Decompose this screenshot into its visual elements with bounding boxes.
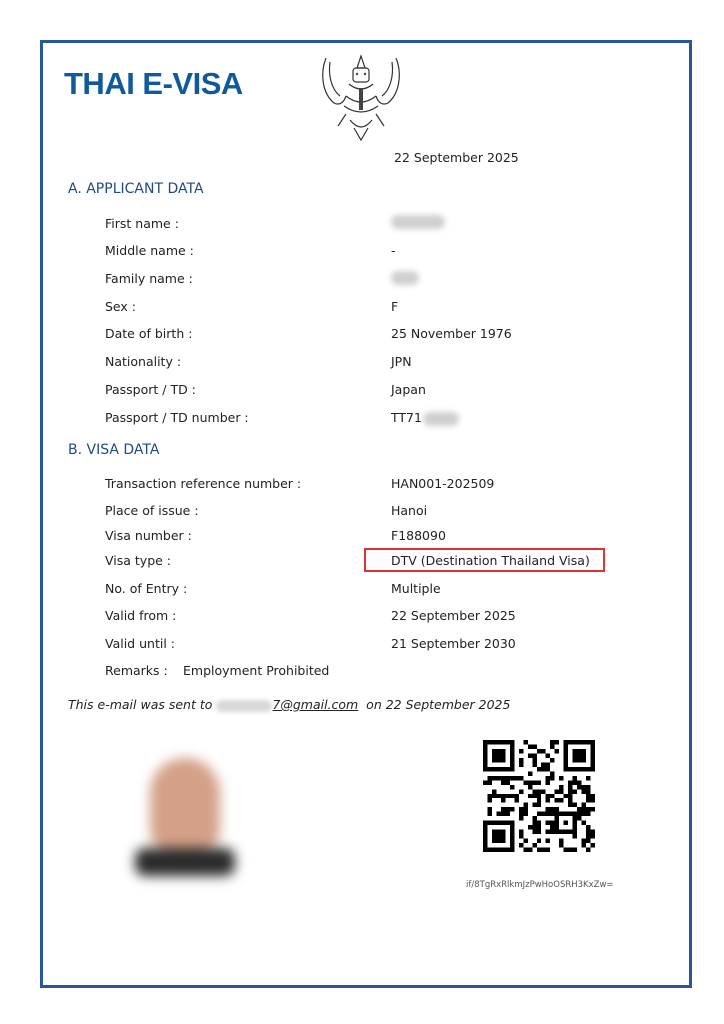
field-label-place-of-issue: Place of issue : bbox=[105, 503, 199, 518]
field-value-transaction-ref: HAN001-202509 bbox=[391, 476, 494, 491]
field-value-first-name bbox=[391, 213, 445, 229]
field-label-middle-name: Middle name : bbox=[105, 243, 194, 258]
field-value-visa-type: DTV (Destination Thailand Visa) bbox=[391, 553, 590, 568]
field-label-passport-number: Passport / TD number : bbox=[105, 410, 249, 425]
email-address-visible: 7@gmail.com bbox=[272, 697, 358, 712]
photo-body-blurred bbox=[135, 848, 235, 876]
redacted-family-name bbox=[391, 271, 419, 285]
field-value-passport-number: TT71 bbox=[391, 410, 459, 426]
email-notice-prefix: This e-mail was sent to bbox=[68, 697, 216, 712]
passport-number-prefix: TT71 bbox=[391, 410, 422, 425]
redacted-first-name bbox=[391, 215, 445, 229]
field-label-nationality: Nationality : bbox=[105, 354, 181, 369]
field-value-nationality: JPN bbox=[391, 354, 412, 369]
field-value-visa-number: F188090 bbox=[391, 528, 446, 543]
field-value-family-name bbox=[391, 269, 419, 285]
garuda-emblem-icon bbox=[316, 48, 406, 143]
applicant-data-heading: A. APPLICANT DATA bbox=[68, 181, 204, 197]
remarks-label: Remarks : bbox=[105, 663, 168, 678]
field-label-passport-td: Passport / TD : bbox=[105, 382, 196, 397]
field-value-date-of-birth: 25 November 1976 bbox=[391, 326, 512, 341]
field-value-entries: Multiple bbox=[391, 581, 441, 596]
field-label-sex: Sex : bbox=[105, 299, 136, 314]
field-value-middle-name: - bbox=[391, 243, 396, 258]
field-label-transaction-ref: Transaction reference number : bbox=[105, 476, 301, 491]
field-value-valid-from: 22 September 2025 bbox=[391, 608, 516, 623]
email-notice-suffix: on 22 September 2025 bbox=[358, 697, 510, 712]
redacted-email-user bbox=[216, 700, 272, 712]
email-address-link[interactable]: 7@gmail.com bbox=[216, 697, 358, 712]
field-label-valid-from: Valid from : bbox=[105, 608, 176, 623]
visa-data-heading: B. VISA DATA bbox=[68, 442, 159, 458]
field-label-date-of-birth: Date of birth : bbox=[105, 326, 192, 341]
field-label-first-name: First name : bbox=[105, 216, 179, 231]
field-label-valid-until: Valid until : bbox=[105, 636, 175, 651]
redacted-passport-suffix bbox=[423, 412, 459, 426]
applicant-photo bbox=[125, 748, 245, 888]
issue-date: 22 September 2025 bbox=[394, 150, 519, 165]
qr-code-text: if/8TgRxRlkmJzPwHoOSRH3KxZw= bbox=[466, 880, 614, 890]
field-label-entries: No. of Entry : bbox=[105, 581, 187, 596]
qr-code-icon bbox=[483, 740, 595, 852]
remarks-value: Employment Prohibited bbox=[183, 663, 329, 678]
field-label-visa-number: Visa number : bbox=[105, 528, 192, 543]
field-value-passport-td: Japan bbox=[391, 382, 426, 397]
field-value-valid-until: 21 September 2030 bbox=[391, 636, 516, 651]
brand-title: THAI E-VISA bbox=[64, 66, 243, 102]
field-label-family-name: Family name : bbox=[105, 271, 193, 286]
field-value-place-of-issue: Hanoi bbox=[391, 503, 427, 518]
field-label-visa-type: Visa type : bbox=[105, 553, 171, 568]
email-notice: This e-mail was sent to 7@gmail.com on 2… bbox=[68, 697, 510, 712]
field-value-sex: F bbox=[391, 299, 398, 314]
